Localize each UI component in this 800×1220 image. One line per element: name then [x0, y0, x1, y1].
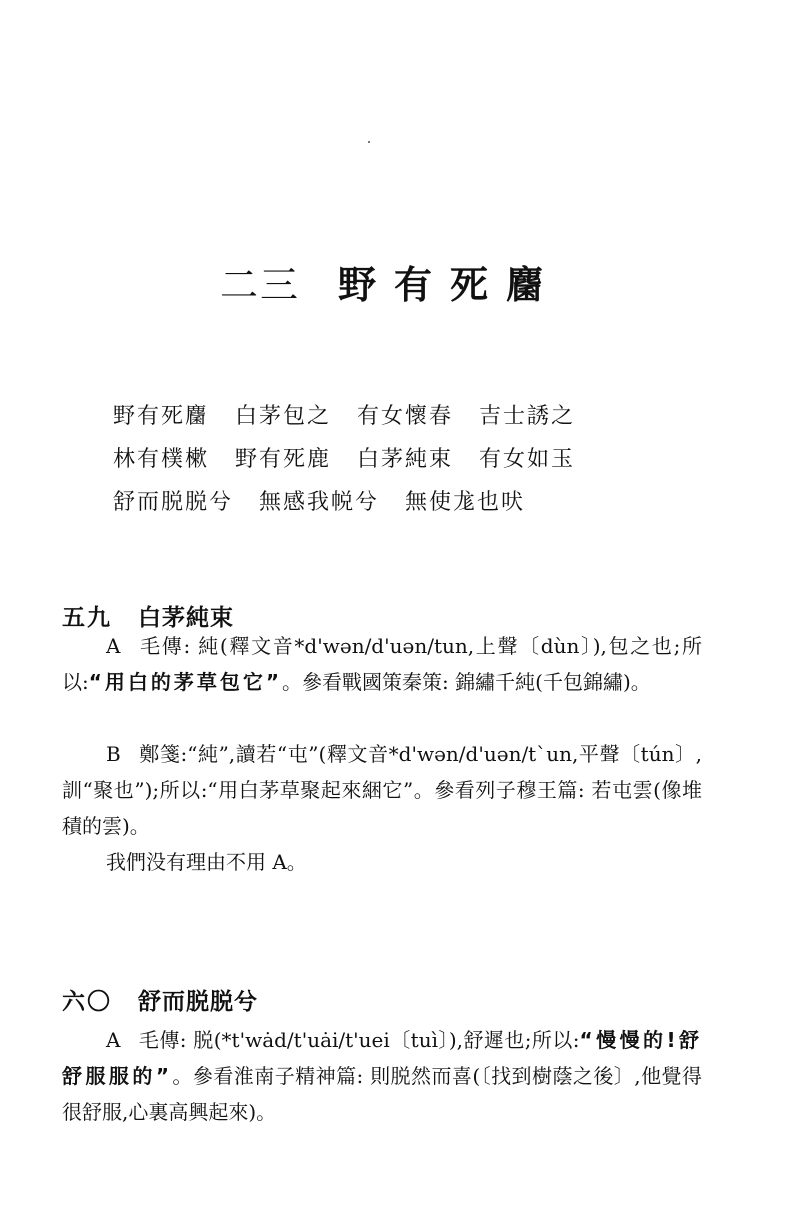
- bold-gloss: “用白的茅草包它”: [89, 670, 282, 694]
- poem-phrase: 林有樸樕: [113, 447, 209, 472]
- section-title: 舒而脱脱兮: [138, 989, 258, 1015]
- poem-phrase: 有女如玉: [479, 447, 575, 472]
- poem-phrase: 無感我帨兮: [259, 490, 379, 515]
- paragraph-text: 我們没有理由不用 A。: [106, 850, 307, 874]
- paragraph-b: B鄭箋:“純”,讀若“屯”(釋文音*d'wən/d'uən/t`un,平聲〔tú…: [62, 736, 702, 844]
- section-number: 六〇: [62, 989, 112, 1015]
- poem-text: 野有死麕白茅包之有女懷春吉士誘之 林有樸樕野有死鹿白茅純束有女如玉 舒而脱脱兮無…: [113, 395, 601, 524]
- poem-line: 舒而脱脱兮無感我帨兮無使尨也吠: [113, 481, 601, 524]
- paragraph-text: 。參看戰國策秦策: 錦繡千純(千包錦繡)。: [282, 670, 651, 694]
- chapter-number: 二三: [220, 263, 300, 307]
- poem-phrase: 白茅包之: [235, 404, 331, 429]
- paragraph-conclusion: 我們没有理由不用 A。: [62, 844, 702, 880]
- poem-phrase: 野有死麕: [113, 404, 209, 429]
- poem-phrase: 有女懷春: [357, 404, 453, 429]
- poem-line: 野有死麕白茅包之有女懷春吉士誘之: [113, 395, 601, 438]
- paragraph-text: 毛傳: 脱(*t'wȧd/t'uȧi/t'uei〔tuì〕),舒遲也;所以:: [138, 1028, 579, 1052]
- section-heading: 六〇舒而脱脱兮: [62, 987, 258, 1017]
- poem-phrase: 野有死鹿: [235, 447, 331, 472]
- paragraph-a: A毛傳: 脱(*t'wȧd/t'uȧi/t'uei〔tuì〕),舒遲也;所以:“…: [62, 1022, 702, 1130]
- paragraph-a: A毛傳: 純(釋文音*d'wən/d'uən/tun,上聲〔dùn〕),包之也;…: [62, 628, 702, 700]
- paragraph-text: 鄭箋:“純”,讀若“屯”(釋文音*d'wən/d'uən/t`un,平聲〔tún…: [62, 742, 702, 838]
- print-speck: [368, 141, 370, 143]
- paragraph-label: A: [106, 1028, 120, 1052]
- chapter-title: 二三野有死麕: [0, 261, 770, 309]
- paragraph-label: B: [106, 742, 121, 766]
- poem-phrase: 吉士誘之: [479, 404, 575, 429]
- poem-phrase: 無使尨也吠: [405, 490, 525, 515]
- poem-phrase: 白茅純束: [357, 447, 453, 472]
- poem-line: 林有樸樕野有死鹿白茅純束有女如玉: [113, 438, 601, 481]
- poem-phrase: 舒而脱脱兮: [113, 490, 233, 515]
- chapter-name: 野有死麕: [338, 262, 550, 307]
- paragraph-label: A: [106, 634, 120, 658]
